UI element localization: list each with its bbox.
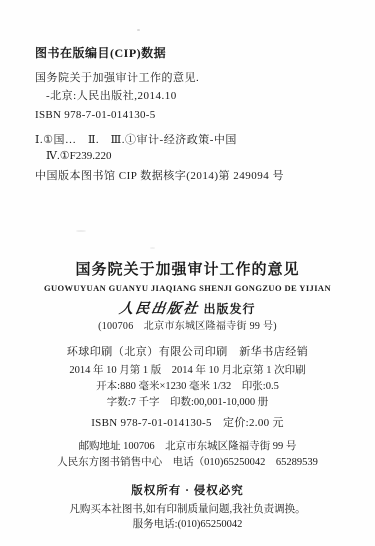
copyright-notice: 版权所有 · 侵权必究 <box>0 485 375 498</box>
service-phone-line: 服务电话:(010)65250042 <box>0 519 375 531</box>
publisher-imprint-line: 人民出版社出版发行 <box>0 302 375 318</box>
cip-classification-line2: Ⅳ.①F239.220 <box>35 150 284 163</box>
scan-artifact <box>76 230 86 232</box>
sales-center-phone-line: 人民东方图书销售中心 电话（010)65250042 65289539 <box>0 457 375 469</box>
cip-publisher-line: -北京:人民出版社,2014.10 <box>35 90 284 103</box>
scan-artifact <box>150 247 155 249</box>
quality-guarantee-line: 凡购买本社图书,如有印制质量问题,我社负责调换。 <box>0 504 375 516</box>
mail-order-address: 邮购地址 100706 北京市东城区隆福寺街 99 号 <box>0 441 375 453</box>
scan-artifact <box>137 29 140 31</box>
cip-record-number: 中国版本图书馆 CIP 数据核字(2014)第 249094 号 <box>35 170 284 183</box>
publisher-logotype: 人民出版社 <box>118 302 200 318</box>
wordcount-printrun-line: 字数:7 千字 印数:00,001-10,000 册 <box>0 397 375 409</box>
cip-isbn-line: ISBN 978-7-01-014130-5 <box>35 109 284 122</box>
book-title-pinyin: GUOWUYUAN GUANYU JIAQIANG SHENJI GONGZUO… <box>0 284 375 294</box>
publisher-suffix: 出版发行 <box>203 302 255 316</box>
colophon-block: 国务院关于加强审计工作的意见 GUOWUYUAN GUANYU JIAQIANG… <box>0 262 375 532</box>
book-title: 国务院关于加强审计工作的意见 <box>0 262 375 279</box>
printer-distributor-line: 环球印刷（北京）有限公司印刷 新华书店经销 <box>0 346 375 359</box>
isbn-price-line: ISBN 978-7-01-014130-5 定价:2.00 元 <box>0 417 375 430</box>
cip-header: 图书在版编目(CIP)数据 <box>35 47 284 61</box>
book-copyright-page: 图书在版编目(CIP)数据 国务院关于加强审计工作的意见. -北京:人民出版社,… <box>0 0 375 546</box>
edition-printing-line: 2014 年 10 月第 1 版 2014 年 10 月北京第 1 次印刷 <box>0 365 375 377</box>
cip-classification-line1: Ⅰ.①国… Ⅱ. Ⅲ.①审计-经济政策-中国 <box>35 134 284 147</box>
format-sheets-line: 开本:880 毫米×1230 毫米 1/32 印张:0.5 <box>0 381 375 393</box>
cip-data-block: 图书在版编目(CIP)数据 国务院关于加强审计工作的意见. -北京:人民出版社,… <box>35 47 284 183</box>
publisher-address: (100706 北京市东城区隆福寺街 99 号) <box>0 321 375 333</box>
cip-title-line: 国务院关于加强审计工作的意见. <box>35 72 284 85</box>
